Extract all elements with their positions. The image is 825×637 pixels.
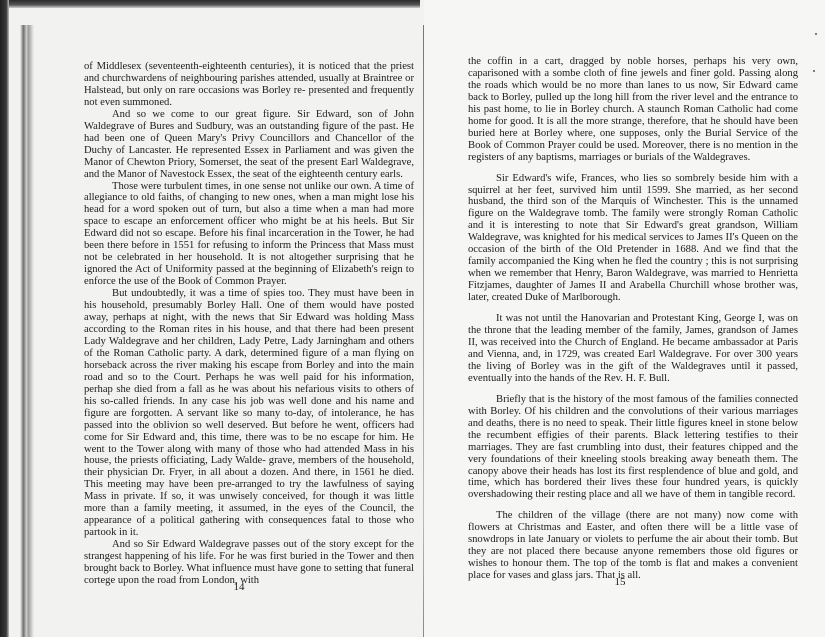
binding-shadow (20, 25, 34, 637)
paragraph: But undoubtedly, it was a time of spies … (84, 288, 414, 539)
right-page-body: the coffin in a cart, dragged by noble h… (468, 56, 798, 582)
page-number: 15 (600, 576, 640, 588)
paragraph: the coffin in a cart, dragged by noble h… (468, 56, 798, 164)
paragraph: It was not until the Hanovarian and Prot… (468, 313, 798, 385)
scan-border (0, 0, 9, 637)
left-page-body: of Middlesex (seventeenth-eighteenth cen… (84, 61, 414, 587)
scan-speck (815, 33, 817, 35)
paragraph: Briefly that is the history of the most … (468, 394, 798, 502)
scan-speck (813, 70, 815, 72)
paragraph: And so we come to our great figure. Sir … (84, 109, 414, 181)
paragraph: of Middlesex (seventeenth-eighteenth cen… (84, 61, 414, 109)
paragraph: And so Sir Edward Waldegrave passes out … (84, 539, 414, 587)
right-page: the coffin in a cart, dragged by noble h… (424, 0, 825, 637)
page-gutter (423, 25, 424, 637)
page-number: 14 (219, 581, 259, 593)
paragraph: The children of the village (there are n… (468, 510, 798, 582)
left-page: of Middlesex (seventeenth-eighteenth cen… (9, 0, 424, 637)
scan-border (0, 0, 420, 8)
paragraph: Sir Edward's wife, Frances, who lies so … (468, 173, 798, 304)
paragraph: Those were turbulent times, in one sense… (84, 181, 414, 289)
